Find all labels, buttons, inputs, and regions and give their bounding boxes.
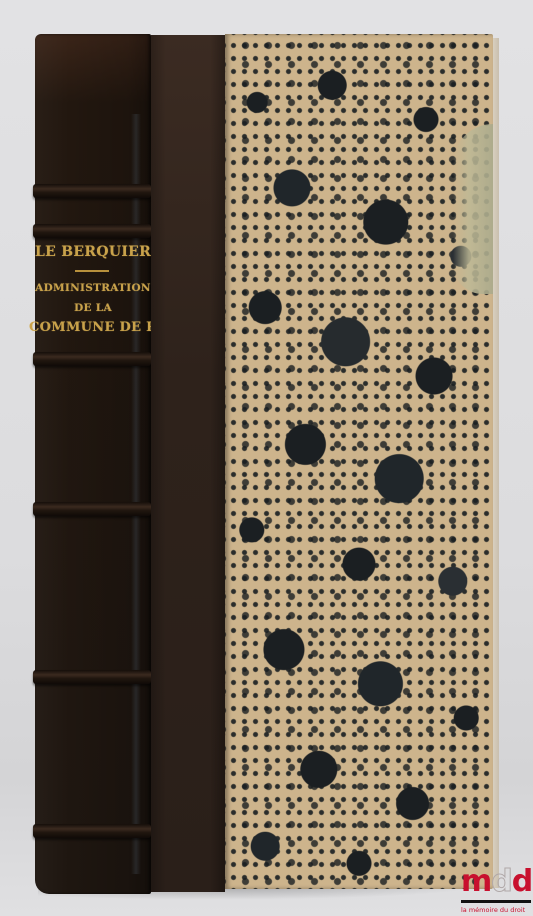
logo-letter-d-outline: d (491, 868, 511, 896)
spine-title-line1: ADMINISTRATION (35, 282, 151, 294)
spine-band (33, 184, 151, 198)
leather-strip (151, 35, 225, 892)
water-stain (453, 124, 493, 294)
page-edge (493, 38, 499, 888)
spine-band (33, 352, 151, 366)
mdd-logo-word: m d d (461, 868, 531, 896)
spine-rule (75, 270, 109, 272)
book-spine: LE BERQUIER ADMINISTRATION DE LA COMMUNE… (35, 34, 151, 894)
spine-author: LE BERQUIER (35, 244, 151, 260)
spine-band (33, 502, 151, 516)
spine-band (33, 824, 151, 838)
spine-title-line2: DE LA (35, 302, 151, 314)
spine-band (33, 224, 151, 238)
logo-letter-d: d (512, 868, 532, 896)
spine-band (33, 670, 151, 684)
marbled-board (225, 34, 493, 889)
logo-tagline: la mémoire du droit (461, 906, 531, 914)
book: LE BERQUIER ADMINISTRATION DE LA COMMUNE… (35, 34, 499, 894)
logo-letter-m: m (461, 868, 491, 896)
spine-title-line3: COMMUNE DE PARIS (29, 320, 157, 335)
mdd-logo: m d d la mémoire du droit (461, 868, 531, 914)
logo-rule (461, 900, 531, 903)
